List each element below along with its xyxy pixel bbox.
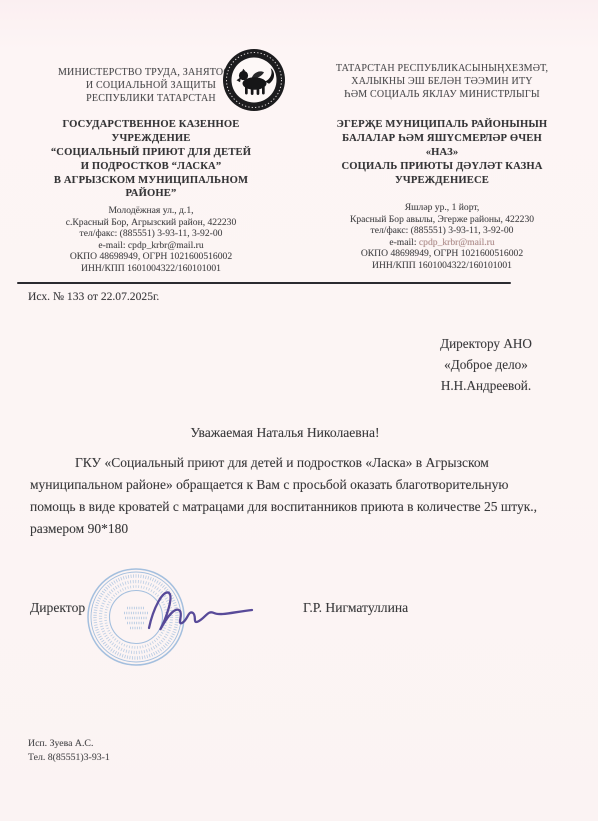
executor-name: Исп. Зуева А.С. [28, 737, 110, 751]
ministry-name-tt: ТАТАРСТАН РЕСПУБЛИКАСЫНЫҢХЕЗМӘТ, ХАЛЫКНЫ… [306, 62, 578, 102]
org-address-ru: Молодёжная ул., д.1, с.Красный Бор, Агры… [20, 205, 282, 275]
org-name-tt-line: «НАЗ» [306, 146, 578, 160]
address-line: ОКПО 48698949, ОГРН 1021600516002 [306, 248, 578, 260]
ministry-name-tt-line: ТАТАРСТАН РЕСПУБЛИКАСЫНЫҢХЕЗМӘТ, [306, 62, 578, 75]
address-line: Красный Бор авылы, Эгерже районы, 422230 [306, 214, 578, 226]
email-value: cpdp_krbr@mail.ru [419, 237, 495, 248]
address-line: тел/факс: (885551) 3-93-11, 3-92-00 [306, 225, 578, 237]
address-line: с.Красный Бор, Агрызский район, 422230 [20, 217, 282, 229]
recipient-block: Директору АНО «Доброе дело» Н.Н.Андреево… [402, 334, 570, 397]
signature-stroke [142, 582, 260, 644]
body-line: размером 90*180 [30, 518, 578, 540]
recipient-line: Н.Н.Андреевой. [402, 376, 570, 397]
body-line: помощь в виде кроватей с матрацами для в… [30, 496, 578, 518]
org-name-ru-line: УЧРЕЖДЕНИЕ [20, 132, 282, 146]
address-line: ОКПО 48698949, ОГРН 1021600516002 [20, 251, 282, 263]
org-name-tt-line: СОЦИАЛЬ ПРИЮТЫ ДӘҮЛӘТ КАЗНА [306, 160, 578, 174]
letterhead-divider [17, 282, 511, 284]
letter-page: МИНИСТЕРСТВО ТРУДА, ЗАНЯТОСТИ И СОЦИАЛЬН… [0, 0, 598, 821]
org-name-tt-line: УЧРЕЖДЕНИЕСЕ [306, 174, 578, 188]
org-name-ru-line: ГОСУДАРСТВЕННОЕ КАЗЕННОЕ [20, 118, 282, 132]
address-line: ИНН/КПП 1601004322/160101001 [20, 263, 282, 275]
recipient-line: Директору АНО [402, 334, 570, 355]
address-line: Молодёжная ул., д.1, [20, 205, 282, 217]
tatarstan-emblem-icon [221, 47, 287, 113]
ministry-name-tt-line: ХАЛЫКНЫ ЭШ БЕЛӘН ТӘЭМИН ИТҮ [306, 75, 578, 88]
address-line: Яшләр ур., 1 йорт, [306, 202, 578, 214]
address-line: тел/факс: (885551) 3-93-11, 3-92-00 [20, 228, 282, 240]
body-line: муниципальном районе» обращается к Вам с… [30, 474, 578, 496]
salutation: Уважаемая Наталья Николаевна! [20, 425, 550, 441]
email-label: e-mail: [389, 237, 419, 248]
signer-title: Директор [30, 600, 85, 616]
email-line: e-mail: cpdp_krbr@mail.ru [306, 237, 578, 249]
email-line: e-mail: cpdp_krbr@mail.ru [20, 240, 282, 252]
org-name-tt-line: ЭГЕРҖЕ МУНИЦИПАЛЬ РАЙОНЫНЫН [306, 118, 578, 132]
executor-block: Исп. Зуева А.С. Тел. 8(85551)3-93-1 [28, 737, 110, 765]
org-name-ru: ГОСУДАРСТВЕННОЕ КАЗЕННОЕ УЧРЕЖДЕНИЕ “СОЦ… [20, 118, 282, 201]
org-name-ru-line: РАЙОНЕ” [20, 187, 282, 201]
org-name-tt-line: БАЛАЛАР ҺӘМ ЯШҮСМЕРЛӘР ӨЧЕН [306, 132, 578, 146]
body-line: ГКУ «Социальный приют для детей и подрос… [30, 452, 578, 474]
outgoing-reference-line: Исх. № 133 от 22.07.2025г. [28, 290, 159, 303]
letter-body: ГКУ «Социальный приют для детей и подрос… [30, 452, 578, 540]
address-line: ИНН/КПП 1601004322/160101001 [306, 260, 578, 272]
org-address-tt: Яшләр ур., 1 йорт, Красный Бор авылы, Эг… [306, 202, 578, 272]
org-name-ru-line: И ПОДРОСТКОВ “ЛАСКА” [20, 160, 282, 174]
recipient-line: «Доброе дело» [402, 355, 570, 376]
org-name-tt: ЭГЕРҖЕ МУНИЦИПАЛЬ РАЙОНЫНЫН БАЛАЛАР ҺӘМ … [306, 118, 578, 187]
ministry-name-tt-line: ҺӘМ СОЦИАЛЬ ЯКЛАУ МИНИСТРЛЫГЫ [306, 88, 578, 101]
signer-name: Г.Р. Нигматуллина [303, 600, 408, 616]
org-name-ru-line: В АГРЫЗСКОМ МУНИЦИПАЛЬНОМ [20, 174, 282, 188]
executor-phone: Тел. 8(85551)3-93-1 [28, 751, 110, 765]
org-name-ru-line: “СОЦИАЛЬНЫЙ ПРИЮТ ДЛЯ ДЕТЕЙ [20, 146, 282, 160]
